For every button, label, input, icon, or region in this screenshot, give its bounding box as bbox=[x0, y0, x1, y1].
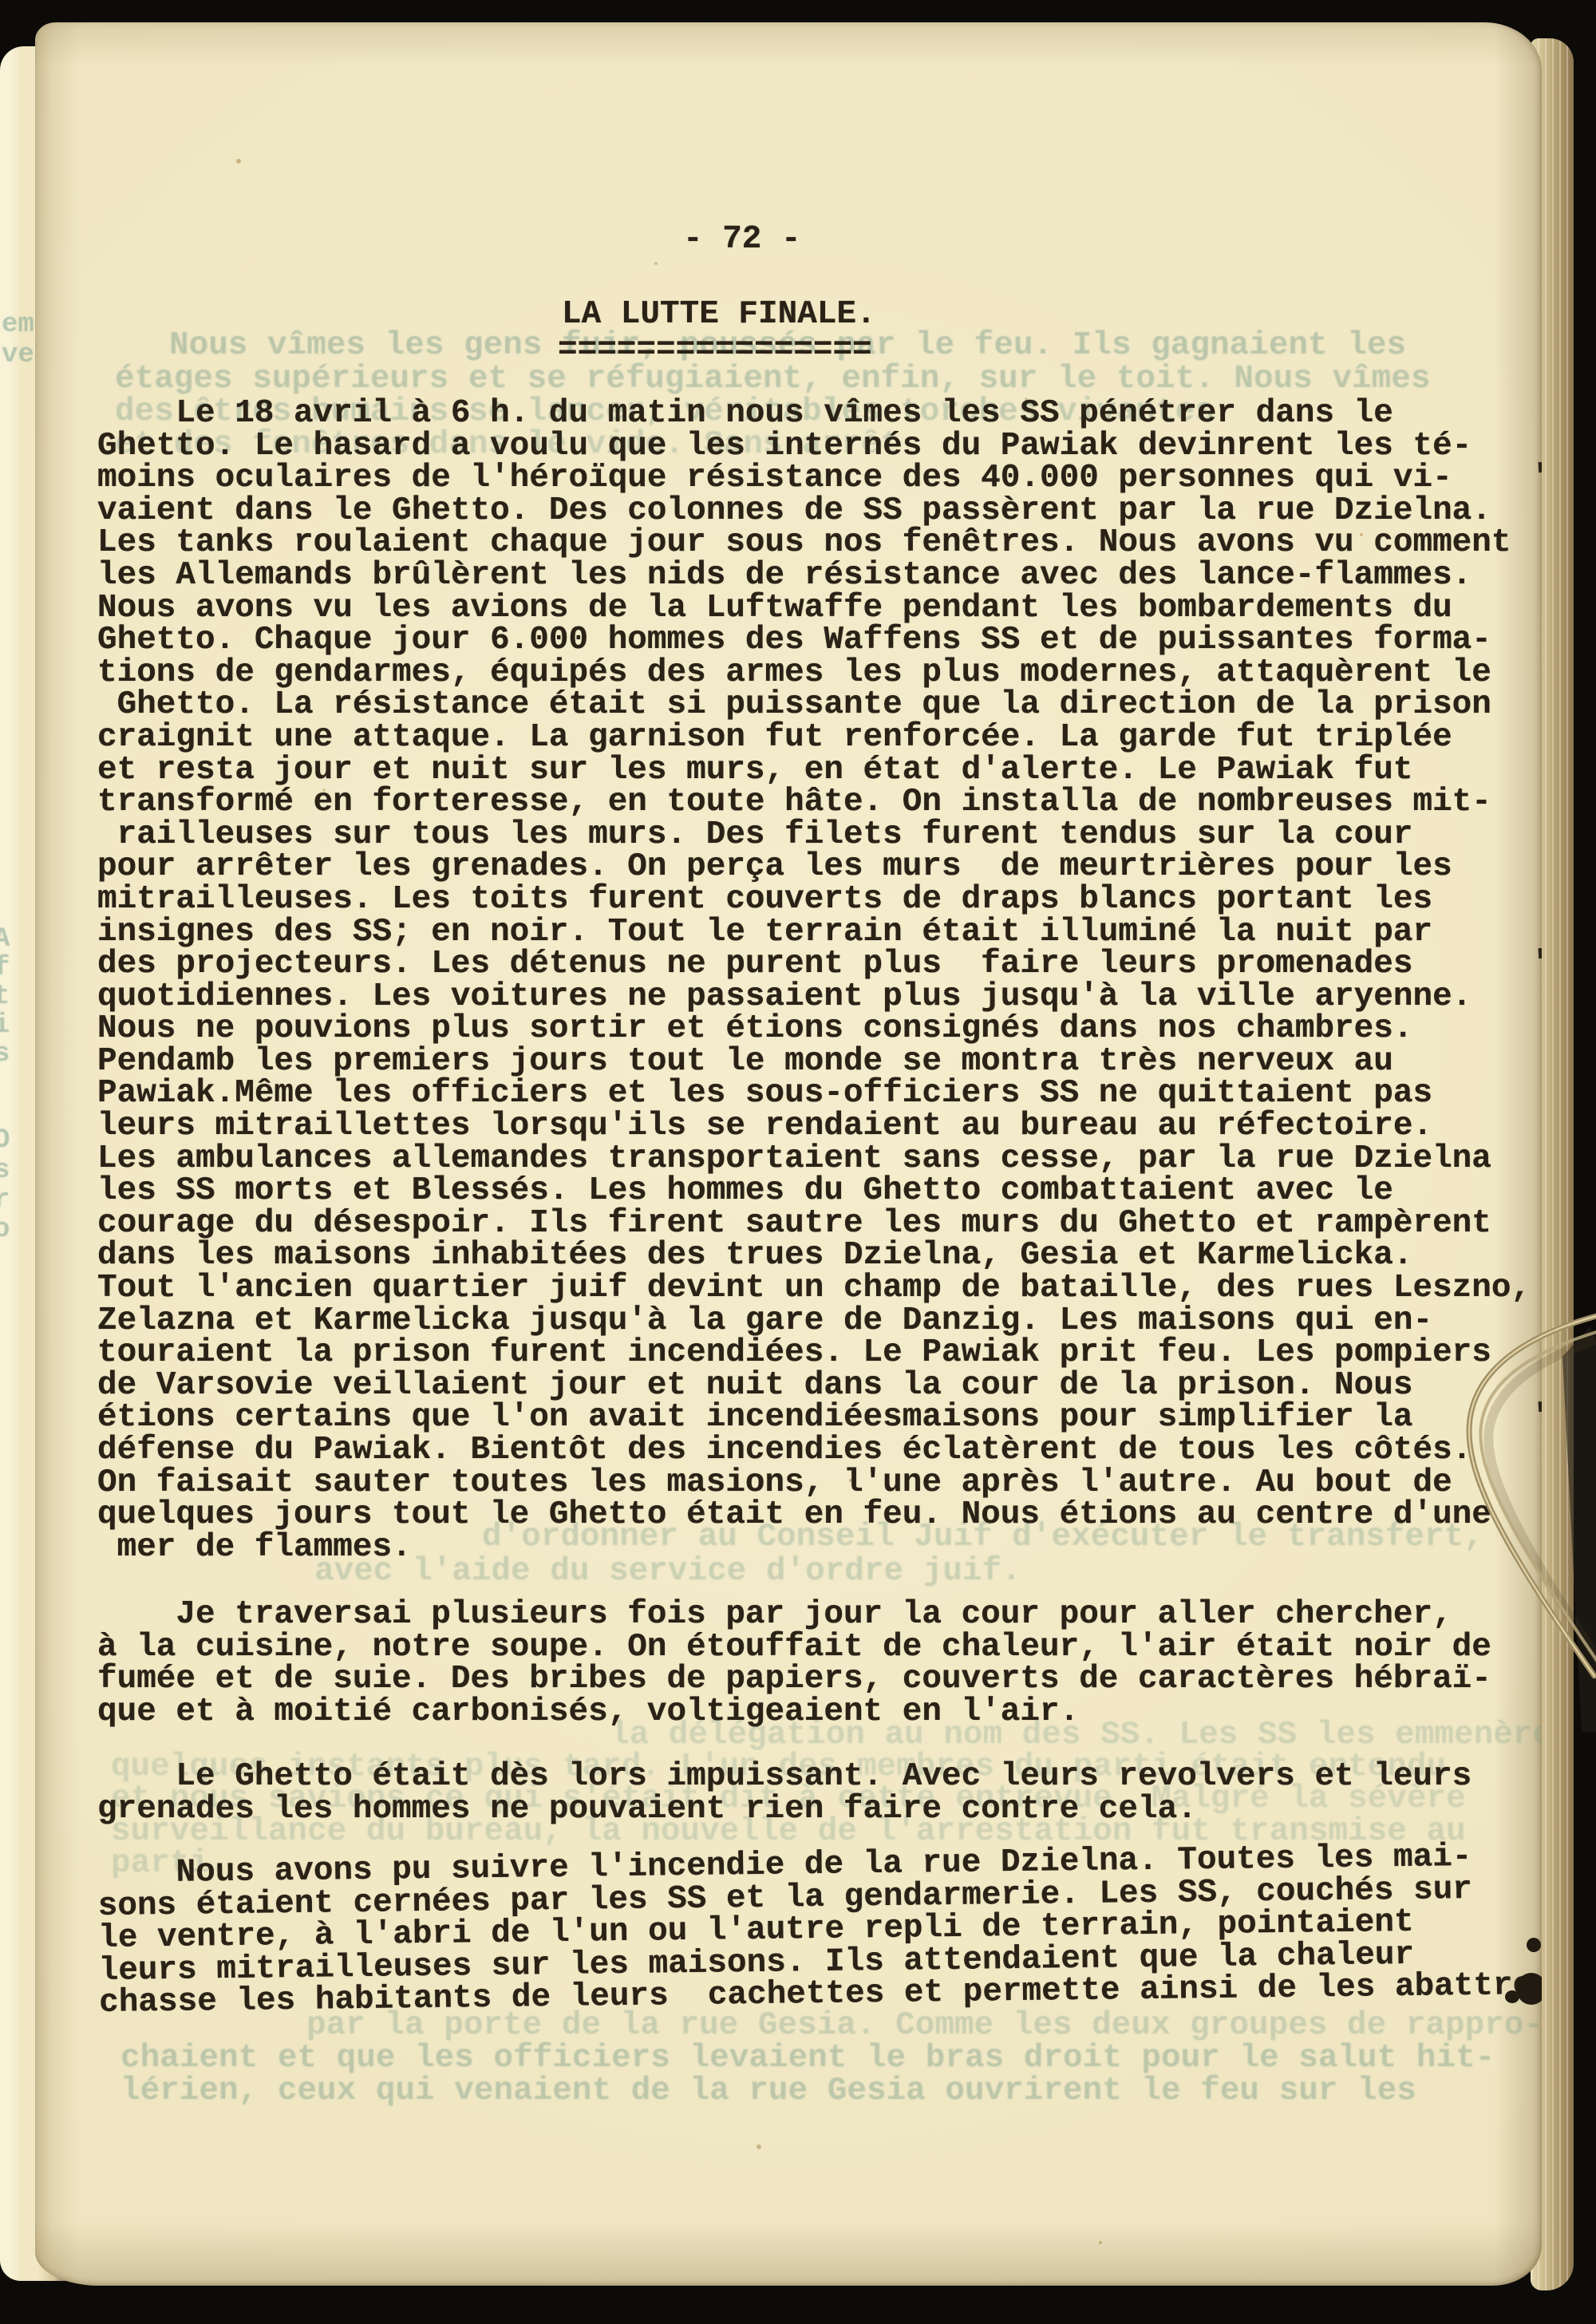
document-title: LA LUTTE FINALE. bbox=[562, 298, 876, 331]
paper-specks bbox=[35, 22, 38, 26]
bleed-letter: O bbox=[0, 1125, 10, 1156]
ghost-line: lérien, ceux qui venaient de la rue Gesi… bbox=[120, 2075, 1416, 2108]
bleed-letter: em bbox=[2, 310, 34, 340]
paragraph-1: Le 18 avril à 6 h. du matin nous vîmes l… bbox=[97, 397, 1542, 1563]
bleed-letter: r bbox=[0, 1185, 10, 1215]
page-number: - 72 - bbox=[683, 223, 801, 256]
bleed-letter: A bbox=[0, 924, 10, 955]
ink-blot bbox=[1505, 1990, 1519, 2003]
bleed-letter: ve bbox=[2, 340, 34, 370]
ink-blot bbox=[1516, 1973, 1542, 2005]
bleed-letter: s bbox=[0, 1039, 10, 1069]
paragraph-4: Nous avons pu suivre l'incendie de la ru… bbox=[97, 1840, 1542, 2020]
document-page: Nous vîmes les gens fuir, poussés par le… bbox=[35, 22, 1542, 2286]
bleed-letter: o bbox=[0, 1215, 10, 1245]
paragraph-3: Le Ghetto était dès lors impuissant. Ave… bbox=[97, 1761, 1472, 1825]
paragraph-2: Je traversai plusieurs fois par jour la … bbox=[97, 1599, 1491, 1728]
bleed-letter: f bbox=[0, 953, 10, 983]
ghost-line: chaient et que les officiers levaient le… bbox=[120, 2042, 1495, 2075]
book-scan: em ve A f t i s O s r o Nous vîmes les g… bbox=[0, 0, 1596, 2324]
bleed-letter: i bbox=[0, 1010, 10, 1041]
title-underline: ================ bbox=[558, 334, 872, 367]
bleed-letter: t bbox=[0, 982, 10, 1012]
bleed-letter: s bbox=[0, 1156, 10, 1186]
ink-blot bbox=[1527, 1938, 1541, 1952]
